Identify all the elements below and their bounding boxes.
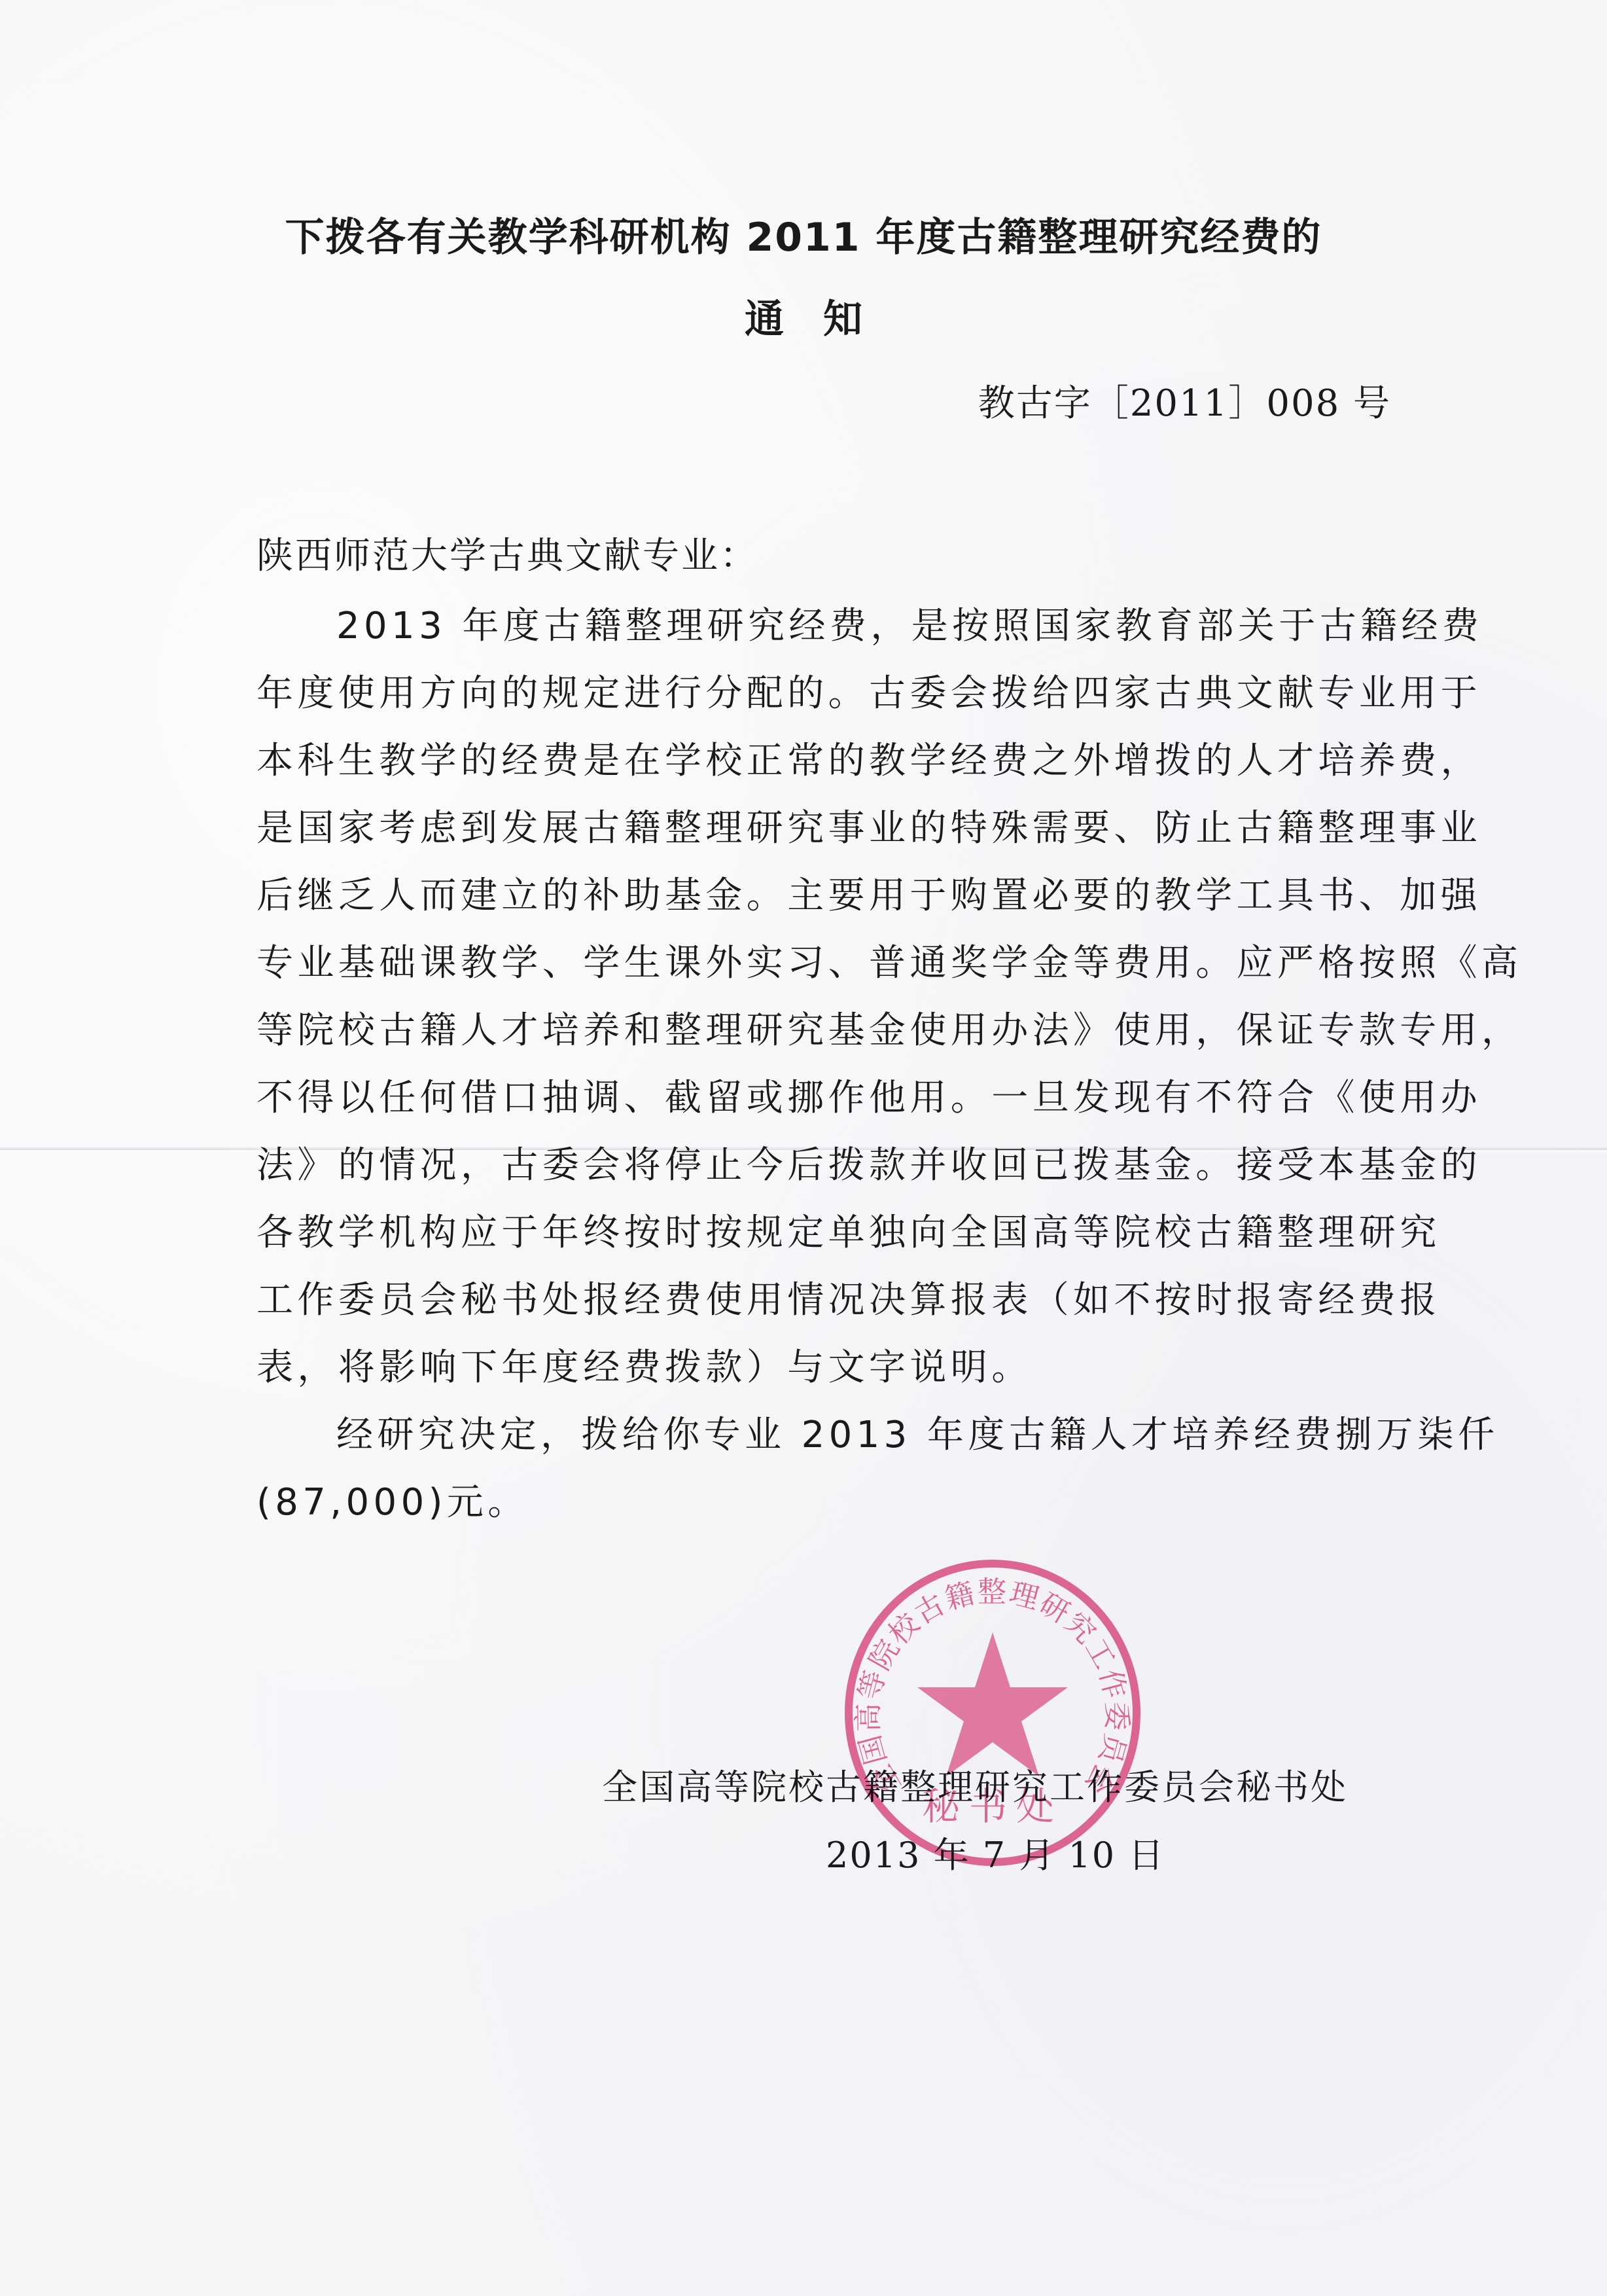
stamp-center-text: 秘书处	[922, 1784, 1063, 1829]
star-icon	[917, 1632, 1068, 1776]
body-line: 后继乏人而建立的补助基金。主要用于购置必要的教学工具书、加强	[256, 862, 1395, 929]
salutation: 陕西师范大学古典文献专业：	[256, 527, 758, 579]
body-line: 各教学机构应于年终按时按规定单独向全国高等院校古籍整理研究	[256, 1199, 1395, 1266]
body-line: 是国家考虑到发展古籍整理研究事业的特殊需要、防止古籍整理事业	[256, 795, 1395, 862]
document-title-line1: 下拨各有关教学科研机构 2011 年度古籍整理研究经费的	[0, 206, 1607, 262]
document-number: 教古字［2011］008 号	[978, 374, 1391, 427]
body-line: 法》的情况，古委会将停止今后拨款并收回已拨基金。接受本基金的	[256, 1132, 1395, 1199]
body-line: 本科生教学的经费是在学校正常的教学经费之外增拨的人才培养费，	[256, 727, 1395, 795]
body-line: 表，将影响下年度经费拨款）与文字说明。	[256, 1334, 1395, 1401]
body-line: 工作委员会秘书处报经费使用情况决算报表（如不按时报寄经费报	[256, 1266, 1395, 1334]
body-line: 专业基础课教学、学生课外实习、普通奖学金等费用。应严格按照《高	[256, 929, 1395, 997]
document-body: 2013 年度古籍整理研究经费，是按照国家教育部关于古籍经费 年度使用方向的规定…	[256, 592, 1395, 1536]
body-line: 年度使用方向的规定进行分配的。古委会拨给四家古典文献专业用于	[256, 660, 1395, 727]
body-line: 等院校古籍人才培养和整理研究基金使用办法》使用，保证专款专用，	[256, 997, 1395, 1064]
body-line: 不得以任何借口抽调、截留或挪作他用。一旦发现有不符合《使用办	[256, 1064, 1395, 1132]
body-line: (87,000)元。	[256, 1469, 1395, 1536]
body-line: 经研究决定，拨给你专业 2013 年度古籍人才培养经费捌万柒仟	[256, 1401, 1395, 1469]
document-title-line2: 通知	[0, 288, 1607, 344]
body-line: 2013 年度古籍整理研究经费，是按照国家教育部关于古籍经费	[256, 592, 1395, 660]
official-seal-stamp: 全国高等院校古籍整理研究工作委员会 秘书处	[839, 1559, 1146, 1867]
